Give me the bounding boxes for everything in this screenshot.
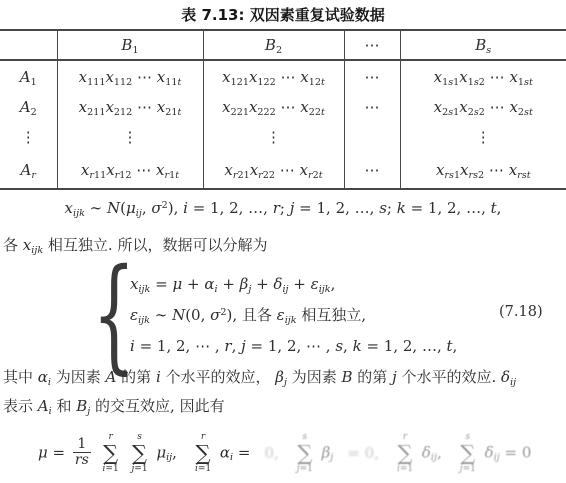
equation-system: { xijk = μ + αi + βj + δij + εijk, εijk … xyxy=(106,269,457,362)
col-header-bs: Bs xyxy=(400,30,566,60)
constraints-equation: μ = 1rs r∑i=1 s∑j=1 μij, r∑i=1 αi = 0, s… xyxy=(38,426,566,480)
table-cell: x121x122 ⋯ x12t xyxy=(203,60,344,92)
table-cell: ⋯ xyxy=(344,92,400,122)
table-cell: x1s1x1s2 ⋯ x1st xyxy=(400,60,566,92)
formula-segment-delta-sum-i: r∑i=1 δij, xyxy=(393,432,442,475)
left-brace: { xyxy=(106,270,122,362)
formula-segment-alpha-zero: 0, xyxy=(264,444,278,462)
table-cell: x2s1x2s2 ⋯ x2st xyxy=(400,92,566,122)
formula-segment-mu: μ = 1rs r∑i=1 s∑j=1 μij, xyxy=(38,432,177,475)
table-row-a1: A1 x111x112 ⋯ x11t x121x122 ⋯ x12t ⋯ x1s… xyxy=(0,60,566,92)
col-header-dots: ⋯ xyxy=(344,30,400,60)
col-header-b2: B2 xyxy=(203,30,344,60)
table-cell: x211x212 ⋯ x21t xyxy=(57,92,203,122)
table-row-a2: A2 x211x212 ⋯ x21t x221x222 ⋯ x22t ⋯ x2s… xyxy=(0,92,566,122)
table-cell: ⋮ xyxy=(203,122,344,152)
system-line-1: xijk = μ + αi + βj + δij + εijk, xyxy=(130,269,457,300)
formula-segment-beta-sum: s∑j=1 βj xyxy=(293,432,334,475)
paragraph-effects-line1: 其中 αi 为因素 A 的第 i 个水平的效应， βj 为因素 B 的第 j 个… xyxy=(3,363,565,392)
row-label: Ar xyxy=(0,152,57,189)
paragraph-independence: 各 xijk 相互独立. 所以，数据可以分解为 xyxy=(3,234,563,255)
row-label: ⋮ xyxy=(0,122,57,152)
table-cell: ⋯ xyxy=(344,152,400,189)
table-cell: ⋮ xyxy=(57,122,203,152)
paragraph-effects: 其中 αi 为因素 A 的第 i 个水平的效应， βj 为因素 B 的第 j 个… xyxy=(3,363,565,421)
table-cell: xr11xr12 ⋯ xr1t xyxy=(57,152,203,189)
formula-segment-delta-sum-j: s∑j=1 δij = 0 xyxy=(456,432,532,475)
data-table: B1 B2 ⋯ Bs A1 x111x112 ⋯ x11t x121x122 ⋯… xyxy=(0,29,566,190)
formula-segment-beta-zero: = 0, xyxy=(347,444,379,462)
table-cell: ⋯ xyxy=(344,60,400,92)
table-header-row: B1 B2 ⋯ Bs xyxy=(0,30,566,60)
table-cell: x221x222 ⋯ x22t xyxy=(203,92,344,122)
corner-cell xyxy=(0,30,57,60)
table-caption: 表 7.13: 双因素重复试验数据 xyxy=(0,4,566,25)
table-cell: xr21xr22 ⋯ xr2t xyxy=(203,152,344,189)
row-label: A2 xyxy=(0,92,57,122)
row-label: A1 xyxy=(0,60,57,92)
table-cell xyxy=(344,122,400,152)
system-line-2: εijk ∼ N(0, σ2), 且各 εijk 相互独立, xyxy=(130,300,457,331)
table-cell: x111x112 ⋯ x11t xyxy=(57,60,203,92)
equation-number: (7.18) xyxy=(499,304,543,320)
distribution-equation: xijk ∼ N(μij, σ2), i = 1, 2, …, r; j = 1… xyxy=(0,199,566,217)
formula-segment-alpha-sum: r∑i=1 αi = xyxy=(191,432,251,475)
col-header-b1: B1 xyxy=(57,30,203,60)
table-cell: ⋮ xyxy=(400,122,566,152)
system-line-3: i = 1, 2, ⋯ , r, j = 1, 2, ⋯ , s, k = 1,… xyxy=(130,331,457,362)
table-row-vdots: ⋮ ⋮ ⋮ ⋮ xyxy=(0,122,566,152)
document-page: 表 7.13: 双因素重复试验数据 B1 B2 ⋯ Bs A1 x111x112… xyxy=(0,0,566,483)
paragraph-effects-line2: 表示 Ai 和 Bj 的交互效应, 因此有 xyxy=(3,392,565,421)
table-cell: xrs1xrs2 ⋯ xrst xyxy=(400,152,566,189)
table-row-ar: Ar xr11xr12 ⋯ xr1t xr21xr22 ⋯ xr2t ⋯ xrs… xyxy=(0,152,566,189)
